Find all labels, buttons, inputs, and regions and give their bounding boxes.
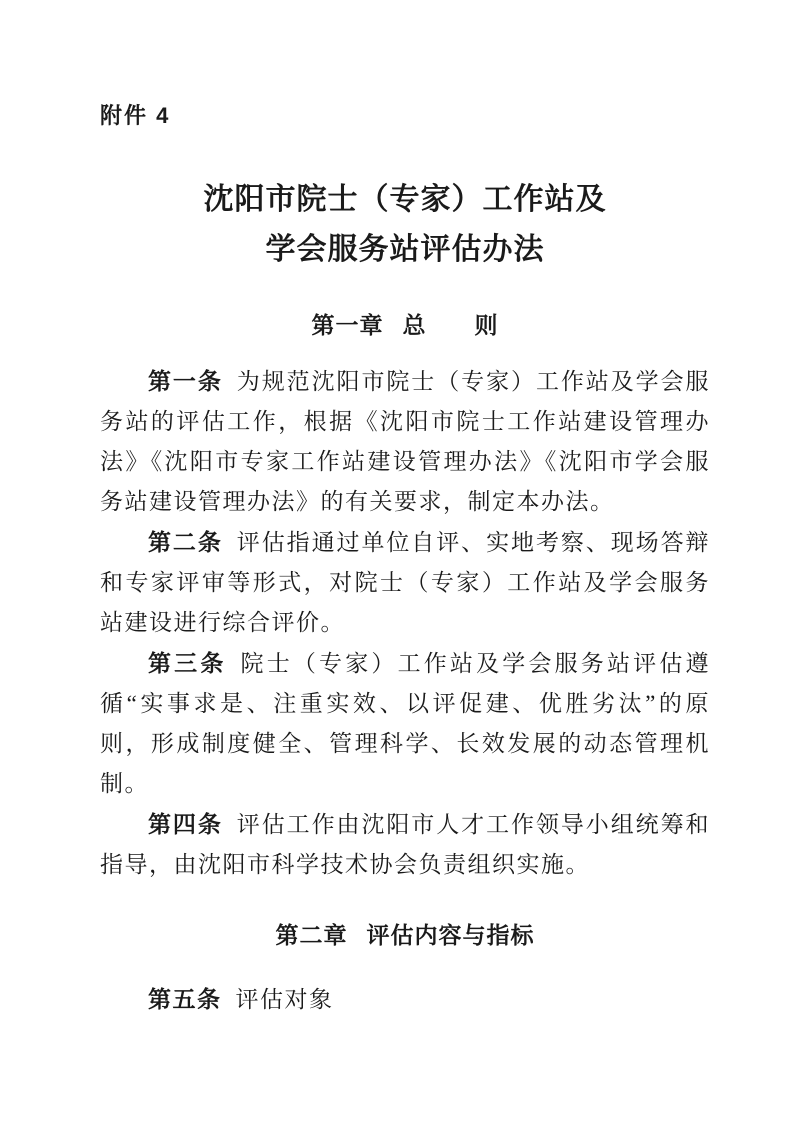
article-5-text: 评估对象	[236, 987, 334, 1012]
article-1: 第一条为规范沈阳市院士（专家）工作站及学会服务站的评估工作，根据《沈阳市院士工作…	[100, 361, 710, 522]
document-title-line-1: 沈阳市院士（专家）工作站及	[100, 175, 710, 225]
document-page: 附件 4 沈阳市院士（专家）工作站及 学会服务站评估办法 第一章总 则 第一条为…	[0, 0, 800, 1132]
chapter-2-heading: 第二章评估内容与指标	[100, 915, 710, 955]
document-title-line-2: 学会服务站评估办法	[100, 225, 710, 275]
article-3-number: 第三条	[148, 650, 227, 676]
article-4-number: 第四条	[148, 811, 223, 837]
article-5: 第五条评估对象	[100, 979, 710, 1020]
chapter-1-number: 第一章	[312, 312, 384, 338]
chapter-1-heading: 第一章总 则	[100, 305, 710, 345]
chapter-2-number: 第二章	[276, 922, 348, 948]
chapter-2-title: 评估内容与指标	[367, 922, 535, 948]
article-2-number: 第二条	[148, 529, 223, 555]
article-4: 第四条评估工作由沈阳市人才工作领导小组统筹和指导，由沈阳市科学技术协会负责组织实…	[100, 804, 710, 885]
article-1-number: 第一条	[148, 368, 223, 394]
article-2: 第二条评估指通过单位自评、实地考察、现场答辩和专家评审等形式，对院士（专家）工作…	[100, 522, 710, 643]
chapter-1-body: 第一条为规范沈阳市院士（专家）工作站及学会服务站的评估工作，根据《沈阳市院士工作…	[100, 361, 710, 885]
article-5-number: 第五条	[148, 986, 222, 1012]
chapter-1-title: 总 则	[403, 312, 499, 338]
attachment-label: 附件 4	[100, 103, 710, 129]
article-3: 第三条院士（专家）工作站及学会服务站评估遵循“实事求是、注重实效、以评促建、优胜…	[100, 643, 710, 804]
document-title: 沈阳市院士（专家）工作站及 学会服务站评估办法	[100, 175, 710, 275]
